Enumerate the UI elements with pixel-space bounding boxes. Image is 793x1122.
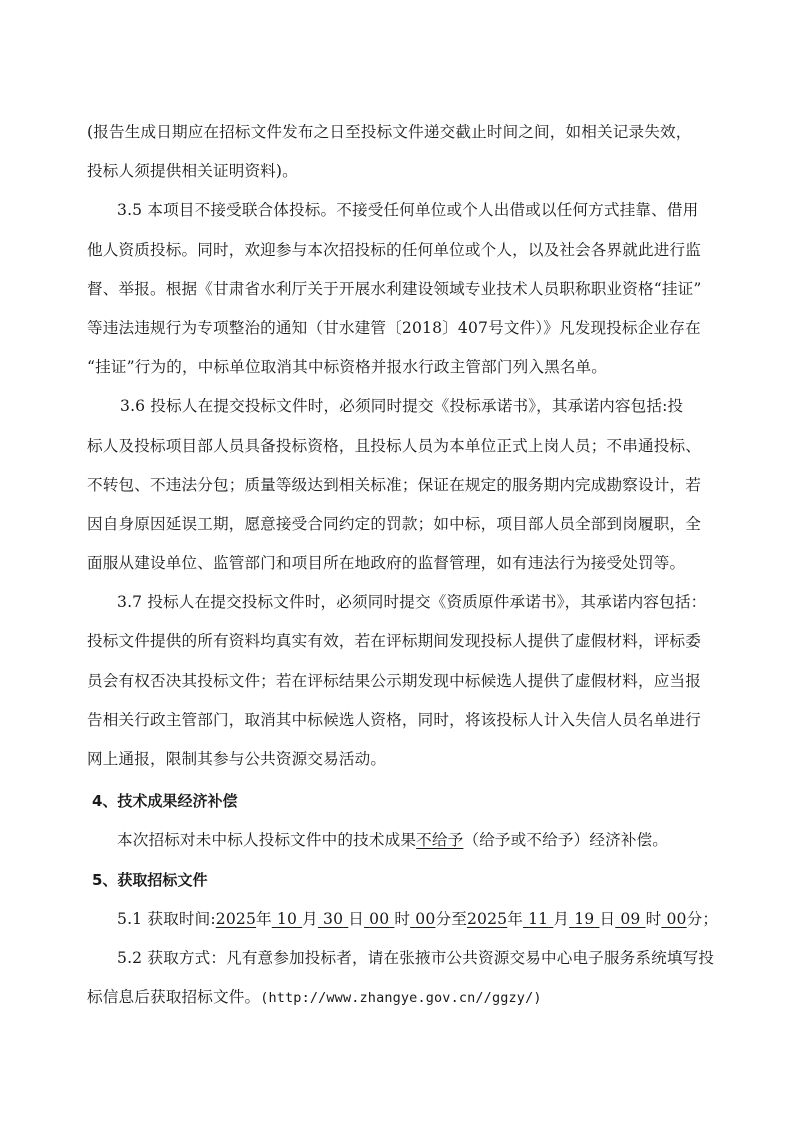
paragraph-line: 告相关行政主管部门，取消其中标候选人资格，同时，将该投标人计入失信人员名单进行 <box>87 701 713 740</box>
paragraph-line: 标人及投标项目部人员具备投标资格，且投标人员为本单位正式上岗人员；不串通投标、 <box>87 427 713 466</box>
unit-minute: 分 <box>435 910 451 928</box>
acquisition-url-link[interactable]: (http://www.zhangye.gov.cn//ggzy/) <box>260 990 541 1006</box>
end-hour: 09 <box>615 900 645 939</box>
end-punct: ； <box>702 910 718 928</box>
intro-line-1: (报告生成日期应在招标文件发布之日至投标文件递交截止时间之间，如相关记录失效， <box>87 113 713 152</box>
unit-year: 年 <box>507 910 523 928</box>
paragraph-line: 3.7 投标人在提交投标文件时，必须同时提交《资质原件承诺书》，其承诺内容包括： <box>87 583 713 622</box>
to-text: 至 <box>451 910 467 928</box>
compensation-line: 本次招标对未中标人投标文件中的技术成果不给予（给予或不给予）经济补偿。 <box>87 821 713 860</box>
paragraph-line: 员会有权否决其投标文件；若在评标结果公示期发现中标候选人提供了虚假材料，应当报 <box>87 662 713 701</box>
section-heading: 5、获取招标文件 <box>87 861 713 900</box>
unit-month: 月 <box>553 910 569 928</box>
start-day: 30 <box>318 900 348 939</box>
compensation-text-before: 本次招标对未中标人投标文件中的技术成果 <box>117 831 416 849</box>
acquisition-method-line-1: 5.2 获取方式：凡有意参加投标者，请在张掖市公共资源交易中心电子服务系统填写投 <box>87 939 713 978</box>
section-5: 5、获取招标文件 5.1 获取时间:2025年 10 月 30 日 00 时 0… <box>87 861 713 1018</box>
unit-hour: 时 <box>646 910 662 928</box>
paragraph-line: 3.6 投标人在提交投标文件时，必须同时提交《投标承诺书》，其承诺内容包括:投 <box>87 387 713 426</box>
acquisition-method-text: 标信息后获取招标文件。 <box>87 988 260 1006</box>
document-page: (报告生成日期应在招标文件发布之日至投标文件递交截止时间之间，如相关记录失效， … <box>87 113 713 1017</box>
start-year: 2025 <box>216 900 256 939</box>
paragraph-line: 等违法违规行为专项整治的通知（甘水建管〔2018〕407号文件）》凡发现投标企业… <box>87 309 713 348</box>
unit-month: 月 <box>302 910 318 928</box>
unit-year: 年 <box>256 910 272 928</box>
section-3-5: 3.5 本项目不接受联合体投标。不接受任何单位或个人出借或以任何方式挂靠、借用 … <box>87 191 713 387</box>
acquisition-time-line: 5.1 获取时间:2025年 10 月 30 日 00 时 00分至2025年 … <box>87 900 713 939</box>
intro-line-2: 投标人须提供相关证明资料)。 <box>87 152 713 191</box>
unit-hour: 时 <box>394 910 410 928</box>
paragraph-line: 他人资质投标。同时，欢迎参与本次招投标的任何单位或个人，以及社会各界就此进行监 <box>87 231 713 270</box>
compensation-value: 不给予 <box>416 831 463 849</box>
paragraph-line: 不转包、不违法分包；质量等级达到相关标准；保证在规定的服务期内完成勘察设计，若 <box>87 466 713 505</box>
start-month: 10 <box>272 900 302 939</box>
end-month: 11 <box>523 900 553 939</box>
start-hour: 00 <box>364 900 394 939</box>
unit-minute: 分 <box>687 910 703 928</box>
acquisition-time-label: 5.1 获取时间: <box>117 910 216 928</box>
compensation-text-after: （给予或不给予）经济补偿。 <box>463 831 668 849</box>
paragraph-line: “挂证”行为的，中标单位取消其中标资格并报水行政主管部门列入黑名单。 <box>87 348 713 387</box>
section-4: 4、技术成果经济补偿 本次招标对未中标人投标文件中的技术成果不给予（给予或不给予… <box>87 782 713 860</box>
section-3-6: 3.6 投标人在提交投标文件时，必须同时提交《投标承诺书》，其承诺内容包括:投 … <box>87 387 713 583</box>
section-heading: 4、技术成果经济补偿 <box>87 782 713 821</box>
paragraph-line: 面服从建设单位、监管部门和项目所在地政府的监督管理，如有违法行为接受处罚等。 <box>87 544 713 583</box>
paragraph-line: 因自身原因延误工期，愿意接受合同约定的罚款；如中标，项目部人员全部到岗履职，全 <box>87 505 713 544</box>
acquisition-method-line-2: 标信息后获取招标文件。(http://www.zhangye.gov.cn//g… <box>87 978 713 1017</box>
paragraph-line: 投标文件提供的所有资料均真实有效，若在评标期间发现投标人提供了虚假材料，评标委 <box>87 622 713 661</box>
section-3-7: 3.7 投标人在提交投标文件时，必须同时提交《资质原件承诺书》，其承诺内容包括：… <box>87 583 713 779</box>
start-minute: 00 <box>410 900 435 939</box>
paragraph-line: 网上通报，限制其参与公共资源交易活动。 <box>87 740 713 779</box>
unit-day: 日 <box>599 910 615 928</box>
paragraph-line: 3.5 本项目不接受联合体投标。不接受任何单位或个人出借或以任何方式挂靠、借用 <box>87 191 713 230</box>
end-minute: 00 <box>661 900 686 939</box>
unit-day: 日 <box>348 910 364 928</box>
paragraph-line: 督、举报。根据《甘肃省水利厅关于开展水利建设领域专业技术人员职称职业资格“挂证” <box>87 270 713 309</box>
end-day: 19 <box>569 900 599 939</box>
end-year: 2025 <box>467 900 507 939</box>
